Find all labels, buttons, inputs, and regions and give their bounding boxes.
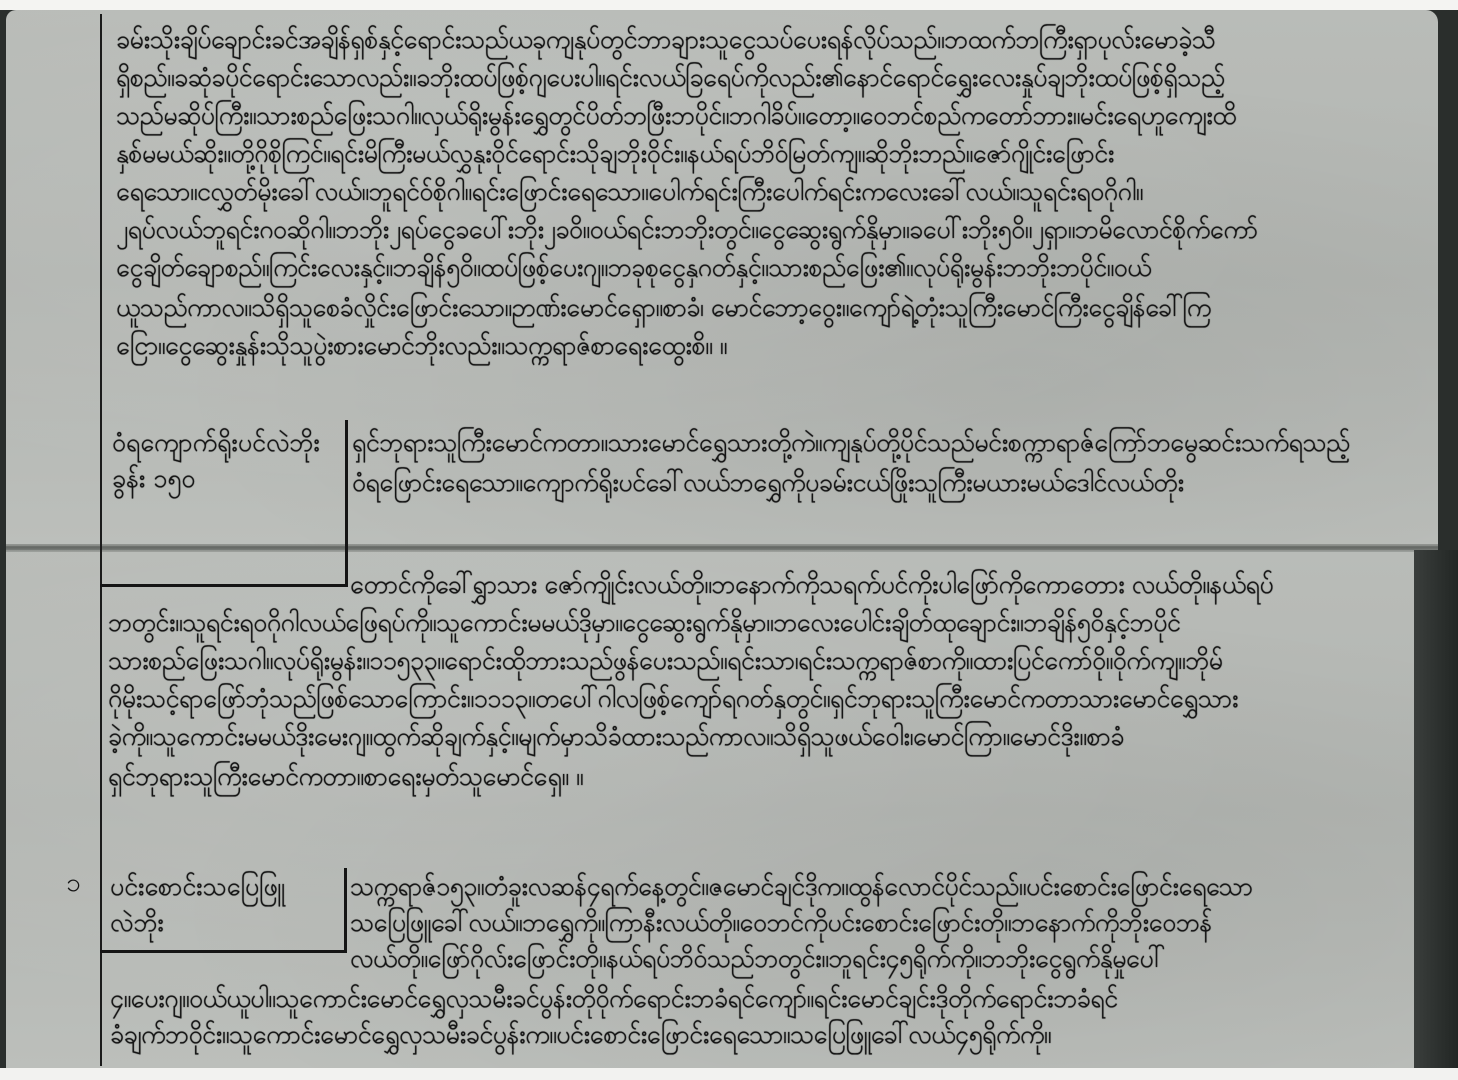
text-line: ၂ရပ်လယ်ဘူရင်းဂဝဆိုဂါ။ဘဘိုး၂ရပ်ငွေခပေါ်းဘ…: [116, 213, 1258, 247]
side-numeral: ၁: [66, 866, 81, 900]
text-line: ဘတွင်း။သူရင်းရဝဂိုဂါလယ်ဖြေရပ်ကို။သူကောင်…: [108, 606, 1180, 640]
section-heading-suffix: လဲဘိုး: [110, 906, 164, 940]
text-line: ခမ်းသိုးချိပ်ချောင်းခင်အချိန်ရှစ်နှင့်ရေ…: [116, 23, 1215, 57]
section-heading: ဝံရကျောက်ရိုးပင်လဲဘိုး: [112, 426, 320, 460]
text-line: လယ်တို။ဖြော်ဂိုလ်းဖြောင်းတို။နယ်ရပ်ဘိဝ်သ…: [350, 942, 1165, 976]
text-line: ယူသည်ကာလ။သိရှိသူစေခံလှိုင်းဖြောင်းသော။ဉာ…: [116, 291, 1211, 325]
text-line: တောင်ကိုခေါ်ရွှာသား ဇော်ကျိုင်းလယ်တို။ဘန…: [350, 568, 1273, 602]
section-heading-count: ခွန်း ၁၅၀: [112, 462, 195, 496]
text-line: သက္ကရာဇ်၁၅၃။တံခူးလဆန်၄ရက်နေ့တွင်။ဇမောင်ခ…: [350, 870, 1253, 904]
text-line: ၄။ပေးဂျ။ဝယ်ယူပါ။သူကောင်းမောင်ရွှေလှသမီးခ…: [110, 982, 1118, 1016]
text-line: သားစည်ဖြေးသဂါ။လုပ်ရိုးမွန်း။၁၁၅၃၃။ရောင်း…: [108, 644, 1223, 678]
text-line: ရှင်ဘုရားသူကြီးမောင်ကတာ။စာရေးမှတ်သူမောင်…: [108, 760, 583, 794]
text-line: ငြော။ငွေဆွေးနှုန်းသိုသူပွဲးစားမောင်ဘိုးလ…: [116, 329, 727, 363]
text-line: ရှိစည်။ခဆုံခပိုင်ရောင်းသောလည်း။ခဘိုးထပ်ဖ…: [116, 61, 1225, 95]
section-heading: ပင်းစောင်းသပြေဖြူ: [110, 870, 285, 904]
text-line: သပြေဖြူခေါ်လယ်။ဘရွှေကို။ကြာနီးလယ်တို။ဝေဘ…: [350, 906, 1212, 940]
text-line: ရှင်ဘုရားသူကြီးမောင်ကတာ။သားမောင်ရွှေသားတ…: [352, 426, 1350, 460]
text-line: ဝံရဖြောင်းရေသော။ကျောက်ရိုးပင်ခေါ်လယ်ဘရွှ…: [352, 466, 1184, 500]
photo-top-border: [0, 0, 1458, 10]
photo-bottom-border: [0, 1068, 1458, 1080]
text-line: ခံချက်ဘဝိုင်း။သူကောင်းမောင်ရွှေလှသမီးခင်…: [110, 1018, 1051, 1052]
right-edge-shadow: [1414, 550, 1458, 1068]
text-line: ငွေချိတ်ချောစည်။ကြင်းလေးနှင့်။ဘချိန်၅ဝိ။…: [116, 251, 1151, 285]
text-line: နှစ်မမယ်ဆိုး။တို့ဂိုစိုကြင်။ရင်းမိကြီးမယ…: [116, 137, 1114, 171]
text-line: ဂိုမိုးသင့်ရာဖြော်ဘုံသည်ဖြစ်သောကြောင်း။၁…: [108, 682, 1238, 716]
text-line: ခဲ့ကို။သူကောင်းမမယ်ဒိုးမေးဂျ။ထွက်ဆိုချက်…: [108, 720, 1124, 754]
text-line: ရေသော။ငလွှတ်မိုးခေါ်လယ်။ဘူရင်ဝ်စိုဂါ။ရင်…: [116, 175, 1143, 209]
text-line: သည်မဆိုပ်ကြီး။သားစည်ဖြေးသဂါ။လှယ်ရိုးမွန်…: [116, 99, 1236, 133]
